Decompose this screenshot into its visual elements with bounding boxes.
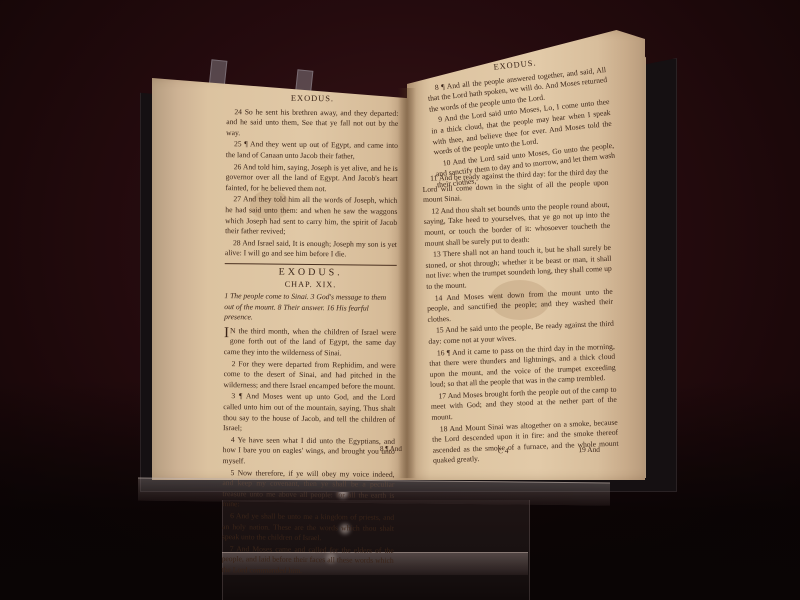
left-page-text: EXODUS. 24 So he sent his brethren away,… [221, 93, 398, 578]
right-page-text-lower: 11 And be ready against the third day: f… [422, 167, 619, 468]
verse: 6 And ye shall be unto me a kingdom of p… [222, 511, 394, 545]
chapter-summary: 1 The people come to Sinai. 3 God's mess… [224, 291, 396, 325]
verse: 3 ¶ And Moses went up unto God, and the … [223, 392, 395, 436]
verse: 16 ¶ And it came to pass on the third da… [429, 341, 616, 390]
verse: 2 For they were departed from Rephidim, … [223, 359, 395, 393]
acrylic-page-holder [138, 478, 610, 506]
verse: 13 There shall not an hand touch it, but… [425, 243, 612, 292]
chapter-heading: CHAP. XIX. [224, 279, 396, 291]
museum-display-scene: EXODUS. 24 So he sent his brethren away,… [0, 0, 800, 600]
verse: 24 So he sent his brethren away, and the… [226, 107, 398, 141]
catchword: 8 ¶ And [380, 445, 402, 453]
verse: 26 And told him, saying, Joseph is yet a… [225, 162, 397, 196]
verse: 4 Ye have seen what I did unto the Egypt… [223, 435, 395, 469]
verse: 25 ¶ And they went up out of Egypt, and … [226, 139, 398, 162]
signature-mark: C 4 [498, 446, 509, 455]
verse: I N the third month, when the children o… [224, 326, 396, 360]
book-gutter [398, 88, 416, 478]
verse: 27 And they told him all the words of Jo… [225, 194, 397, 238]
verse: 28 And Israel said, It is enough; Joseph… [225, 238, 397, 261]
drop-cap: I [224, 326, 229, 340]
running-head: EXODUS. [226, 93, 398, 105]
catchword: 19 And [578, 445, 600, 454]
verse: 12 And thou shalt set bounds unto the pe… [423, 200, 610, 249]
section-rule [225, 263, 397, 266]
verse: 18 And Mount Sinai was altogether on a s… [432, 417, 619, 466]
verse: 7 And Moses came and called for the elde… [221, 544, 393, 578]
book-title: EXODUS. [225, 267, 397, 279]
